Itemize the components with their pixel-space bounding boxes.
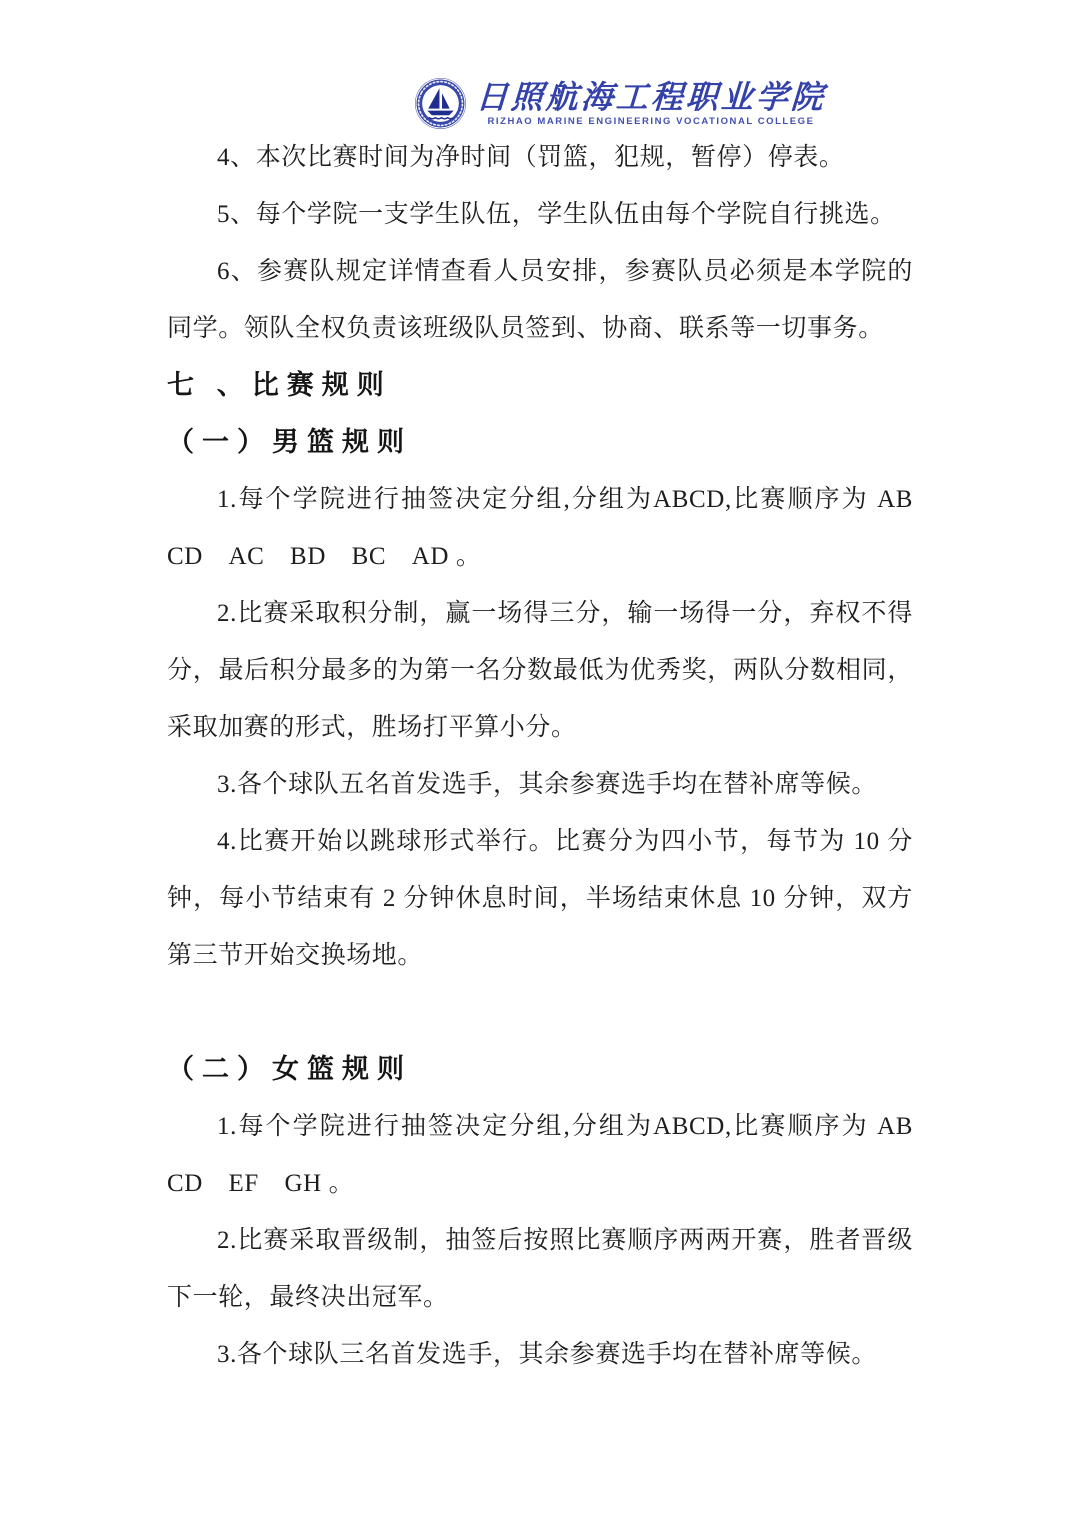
subsection-heading-mens-basketball: （一）男篮规则 xyxy=(167,414,913,471)
college-name-en: RIZHAO MARINE ENGINEERING VOCATIONAL COL… xyxy=(488,116,815,127)
mens-rule-3: 3.各个球队五名首发选手，其余参赛选手均在替补席等候。 xyxy=(167,756,913,813)
mens-rule-1: 1.每个学院进行抽签决定分组,分组为ABCD,比赛顺序为 AB CD AC BD… xyxy=(167,471,913,585)
womens-rule-2: 2.比赛采取晋级制，抽签后按照比赛顺序两两开赛，胜者晋级下一轮，最终决出冠军。 xyxy=(167,1212,913,1326)
rule-item-4: 4、本次比赛时间为净时间（罚篮，犯规，暂停）停表。 xyxy=(167,129,913,186)
subsection-heading-womens-basketball: （二）女篮规则 xyxy=(167,1041,913,1098)
document-page: 日照航海工程职业学院 RIZHAO MARINE ENGINEERING VOC… xyxy=(0,0,1080,1528)
mens-rule-2: 2.比赛采取积分制，赢一场得三分，输一场得一分，弃权不得分，最后积分最多的为第一… xyxy=(167,585,913,756)
womens-rule-1: 1.每个学院进行抽签决定分组,分组为ABCD,比赛顺序为 AB CD EF GH… xyxy=(167,1098,913,1212)
college-name-zh: 日照航海工程职业学院 xyxy=(475,81,827,113)
rule-item-6: 6、参赛队规定详情查看人员安排，参赛队员必须是本学院的同学。领队全权负责该班级队… xyxy=(167,243,913,357)
mens-rule-4: 4.比赛开始以跳球形式举行。比赛分为四小节，每节为 10 分钟，每小节结束有 2… xyxy=(167,813,913,984)
sailboat-emblem-icon xyxy=(414,77,467,130)
section-heading-competition-rules: 七 、比赛规则 xyxy=(167,357,913,414)
college-logo: 日照航海工程职业学院 RIZHAO MARINE ENGINEERING VOC… xyxy=(414,77,826,130)
rule-item-5: 5、每个学院一支学生队伍，学生队伍由每个学院自行挑选。 xyxy=(167,186,913,243)
womens-rule-3: 3.各个球队三名首发选手，其余参赛选手均在替补席等候。 xyxy=(167,1326,913,1383)
college-name: 日照航海工程职业学院 RIZHAO MARINE ENGINEERING VOC… xyxy=(476,81,826,127)
document-body: 4、本次比赛时间为净时间（罚篮，犯规，暂停）停表。 5、每个学院一支学生队伍，学… xyxy=(167,129,913,1383)
